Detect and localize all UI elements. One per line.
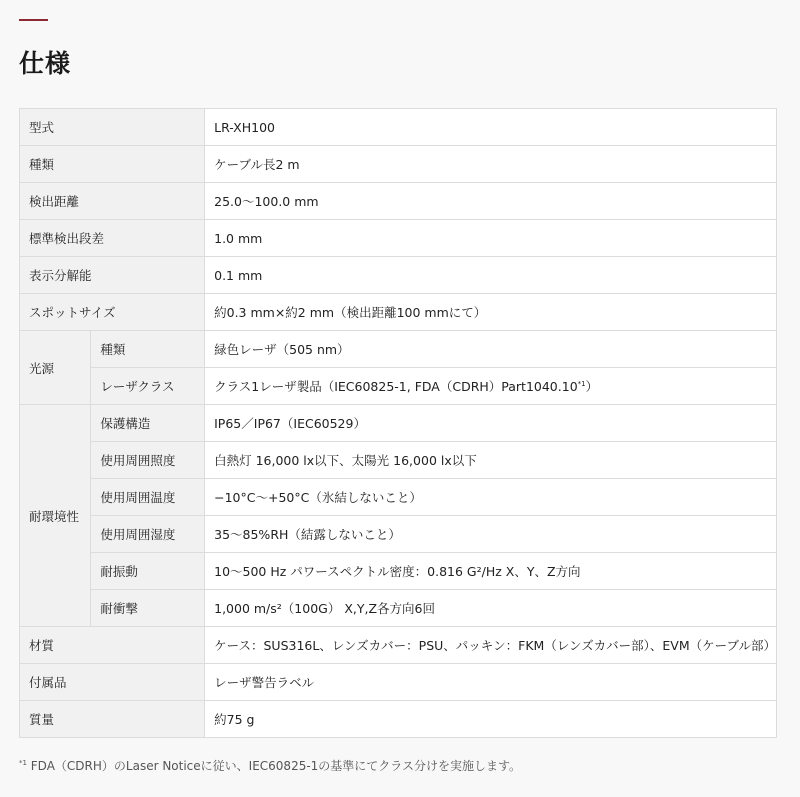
table-row: 耐環境性 保護構造 IP65／IP67（IEC60529） [20,405,777,442]
row-label: 保護構造 [91,405,205,442]
table-row: 標準検出段差1.0 mm [20,220,777,257]
table-row: 型式LR-XH100 [20,109,777,146]
table-row: 使用周囲湿度35〜85%RH（結露しないこと） [20,516,777,553]
row-value: 25.0〜100.0 mm [205,183,777,220]
row-value: ケース：SUS316L、レンズカバー：PSU、パッキン：FKM（レンズカバー部）… [205,627,777,664]
row-value: レーザ警告ラベル [205,664,777,701]
table-row: 表示分解能0.1 mm [20,257,777,294]
row-label: 種類 [20,146,205,183]
row-label: レーザクラス [91,368,205,405]
footnote-text: FDA（CDRH）のLaser Noticeに従い、IEC60825-1の基準に… [27,759,521,773]
table-row: 質量約75 g [20,701,777,738]
row-label: 使用周囲湿度 [91,516,205,553]
row-value: LR-XH100 [205,109,777,146]
row-value: IP65／IP67（IEC60529） [205,405,777,442]
row-label: 付属品 [20,664,205,701]
laser-class-close: ） [586,379,599,394]
table-row: 検出距離25.0〜100.0 mm [20,183,777,220]
footnote: *1 FDA（CDRH）のLaser Noticeに従い、IEC60825-1の… [19,757,521,774]
row-label: 検出距離 [20,183,205,220]
row-label: 使用周囲温度 [91,479,205,516]
row-value: 0.1 mm [205,257,777,294]
table-row: 使用周囲温度−10°C〜+50°C（氷結しないこと） [20,479,777,516]
row-value: ケーブル長2 m [205,146,777,183]
row-label: 耐振動 [91,553,205,590]
table-row: スポットサイズ約0.3 mm×約2 mm（検出距離100 mmにて） [20,294,777,331]
row-label: 使用周囲照度 [91,442,205,479]
table-row: 耐振動10〜500 Hz パワースペクトル密度：0.816 G²/Hz X、Y、… [20,553,777,590]
spec-table: 型式LR-XH100 種類ケーブル長2 m 検出距離25.0〜100.0 mm … [19,108,777,738]
page-title: 仕様 [19,44,71,80]
row-value: 約75 g [205,701,777,738]
row-label: 耐衝撃 [91,590,205,627]
table-row: 付属品レーザ警告ラベル [20,664,777,701]
footnote-mark: *1 [19,759,27,767]
group-label-environment: 耐環境性 [20,405,91,627]
section-accent-line [19,19,48,21]
table-row: 耐衝撃1,000 m/s²（100G） X,Y,Z各方向6回 [20,590,777,627]
row-value: 35〜85%RH（結露しないこと） [205,516,777,553]
row-value: 約0.3 mm×約2 mm（検出距離100 mmにて） [205,294,777,331]
laser-class-text: クラス1レーザ製品（IEC60825-1, FDA（CDRH）Part1040.… [214,379,578,394]
row-value: 緑色レーザ（505 nm） [205,331,777,368]
row-value: 1.0 mm [205,220,777,257]
row-label: 標準検出段差 [20,220,205,257]
row-value: 白熱灯 16,000 lx以下、太陽光 16,000 lx以下 [205,442,777,479]
table-row: レーザクラス クラス1レーザ製品（IEC60825-1, FDA（CDRH）Pa… [20,368,777,405]
footnote-ref: *1 [578,380,586,388]
row-value: −10°C〜+50°C（氷結しないこと） [205,479,777,516]
table-row: 使用周囲照度白熱灯 16,000 lx以下、太陽光 16,000 lx以下 [20,442,777,479]
row-label: 種類 [91,331,205,368]
table-row: 材質ケース：SUS316L、レンズカバー：PSU、パッキン：FKM（レンズカバー… [20,627,777,664]
row-value: 10〜500 Hz パワースペクトル密度：0.816 G²/Hz X、Y、Z方向 [205,553,777,590]
row-label: 表示分解能 [20,257,205,294]
group-label-light-source: 光源 [20,331,91,405]
row-label: 型式 [20,109,205,146]
table-row: 光源 種類 緑色レーザ（505 nm） [20,331,777,368]
row-value: クラス1レーザ製品（IEC60825-1, FDA（CDRH）Part1040.… [205,368,777,405]
row-label: スポットサイズ [20,294,205,331]
row-value: 1,000 m/s²（100G） X,Y,Z各方向6回 [205,590,777,627]
row-label: 質量 [20,701,205,738]
row-label: 材質 [20,627,205,664]
table-row: 種類ケーブル長2 m [20,146,777,183]
